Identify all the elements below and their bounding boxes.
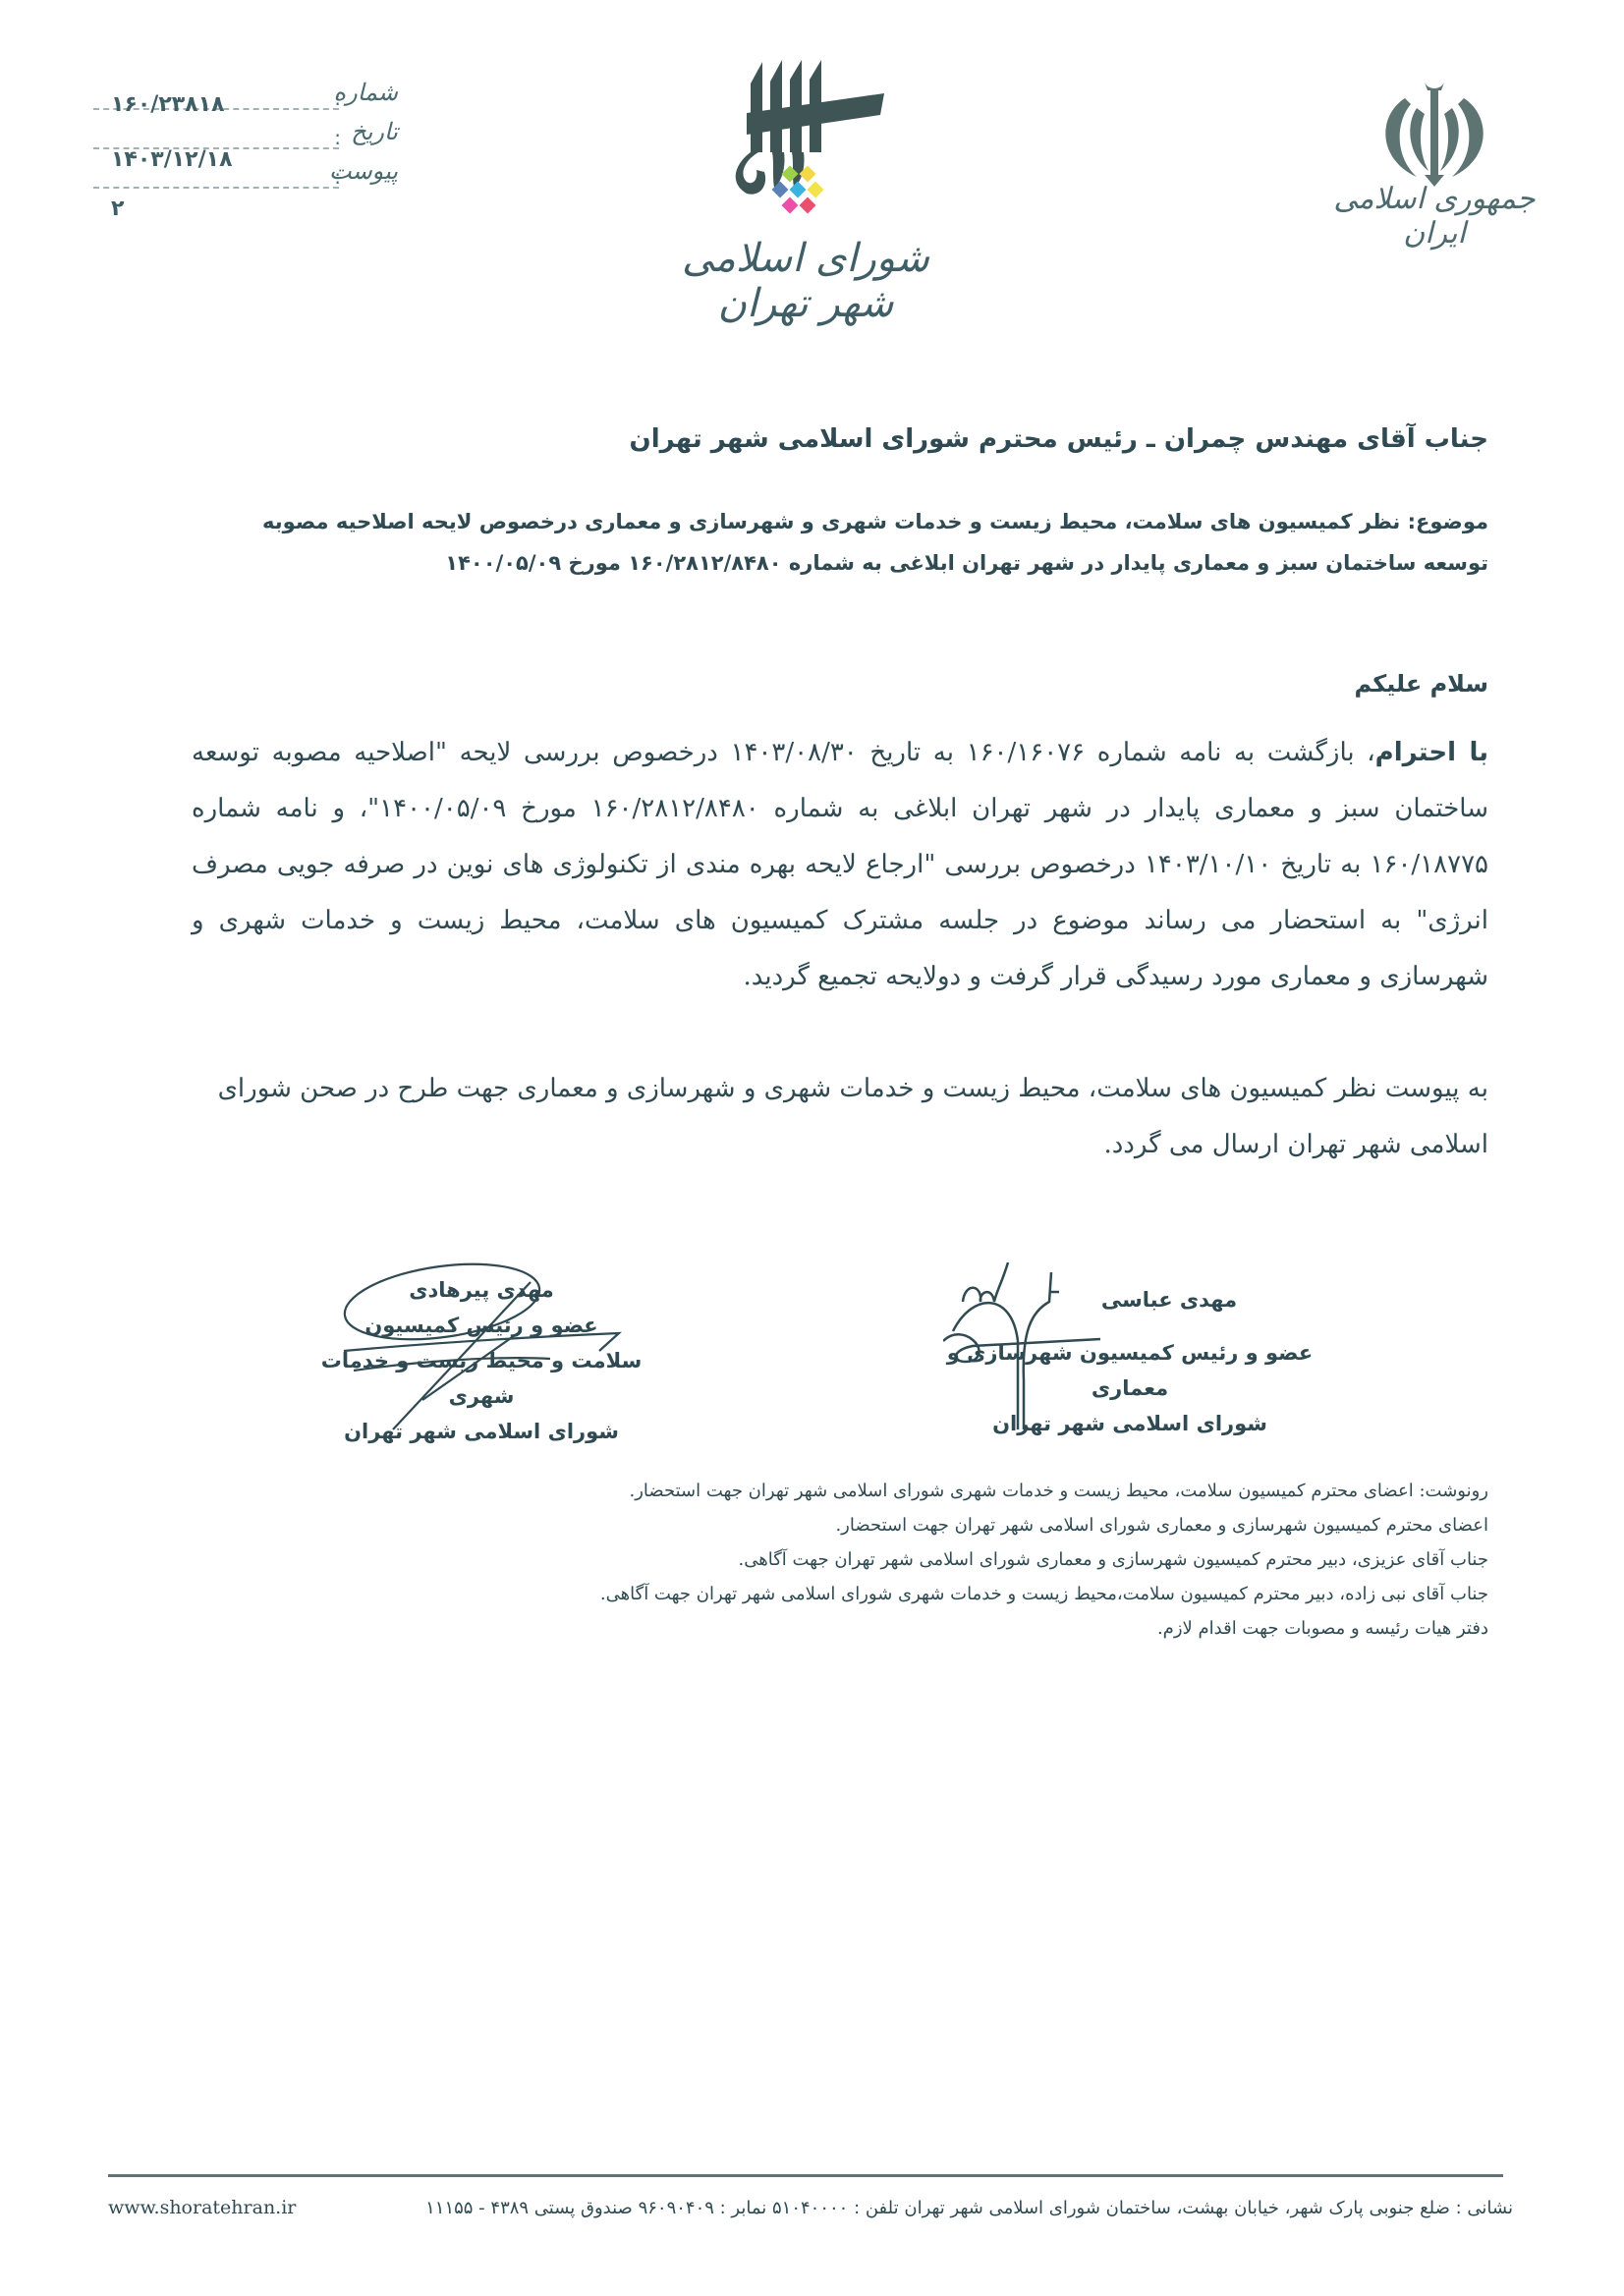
cc-item: جناب آقای عزیزی، دبیر محترم کمیسیون شهرس… bbox=[427, 1542, 1488, 1577]
subject-block: موضوع: نظر کمیسیون های سلامت، محیط زیست … bbox=[221, 501, 1488, 584]
cc-list: رونوشت: اعضای محترم کمیسیون سلامت، محیط … bbox=[427, 1474, 1488, 1646]
body-paragraph: با احترام، بازگشت به نامه شماره ۱۶۰/۱۶۰۷… bbox=[192, 725, 1488, 1005]
emblem-icon bbox=[1326, 69, 1542, 187]
footer-divider bbox=[108, 2174, 1503, 2177]
colon: : bbox=[334, 126, 341, 149]
footer-address: نشانی : ضلع جنوبی پارک شهر، خیابان بهشت،… bbox=[425, 2198, 1513, 2218]
cc-item: رونوشت: اعضای محترم کمیسیون سلامت، محیط … bbox=[427, 1474, 1488, 1508]
iran-emblem: جمهوری اسلامی ایران bbox=[1326, 69, 1542, 236]
council-calligraphy-icon bbox=[648, 54, 963, 241]
letter-number-label: شماره bbox=[334, 79, 398, 106]
tehran-council-logo: شورای اسلامی شهر تهران bbox=[648, 54, 963, 309]
cc-label: رونوشت: bbox=[1419, 1481, 1488, 1501]
cc-item: دفتر هیات رئیسه و مصوبات جهت اقدام لازم. bbox=[427, 1611, 1488, 1646]
letter-date-label: تاریخ bbox=[351, 118, 398, 145]
letter-attachment-value: ۲ bbox=[111, 196, 124, 221]
body-paragraph-text: ، بازگشت به نامه شماره ۱۶۰/۱۶۰۷۶ به تاری… bbox=[192, 738, 1488, 991]
signature-pirhadi: مهدی پیرهادی عضو و رئیس کمیسیون سلامت و … bbox=[285, 1272, 678, 1449]
signer-title: عضو و رئیس کمیسیون شهرسازی و معماری bbox=[914, 1335, 1346, 1406]
signer-title: عضو و رئیس کمیسیون bbox=[285, 1308, 678, 1343]
colon: : bbox=[334, 86, 341, 110]
council-name-text: شورای اسلامی شهر تهران bbox=[648, 236, 963, 326]
signer-name: مهدی پیرهادی bbox=[285, 1272, 678, 1308]
website-link[interactable]: www.shoratehran.ir bbox=[108, 2197, 296, 2218]
signer-committee: سلامت و محیط زیست و خدمات شهری bbox=[285, 1343, 678, 1414]
cc-item: اعضای محترم کمیسیون شهرسازی و معماری شور… bbox=[427, 1508, 1488, 1542]
colon: : bbox=[334, 165, 341, 189]
footer: www.shoratehran.ir نشانی : ضلع جنوبی پار… bbox=[108, 2197, 1513, 2218]
attachment-note: به پیوست نظر کمیسیون های سلامت، محیط زیس… bbox=[192, 1061, 1488, 1173]
signer-org: شورای اسلامی شهر تهران bbox=[914, 1406, 1346, 1441]
recipient-line: جناب آقای مهندس چمران ـ رئیس محترم شورای… bbox=[309, 424, 1488, 454]
letter-number-value: ۱۶۰/۲۳۸۱۸ bbox=[111, 92, 224, 117]
cc-item: جناب آقای نبی زاده، دبیر محترم کمیسیون س… bbox=[427, 1577, 1488, 1611]
letter-number-row: شماره : ۱۶۰/۲۳۸۱۸ bbox=[84, 79, 398, 118]
subject-text: نظر کمیسیون های سلامت، محیط زیست و خدمات… bbox=[262, 510, 1488, 575]
signature-abbasi: مهدی عباسی عضو و رئیس کمیسیون شهرسازی و … bbox=[914, 1282, 1346, 1441]
signer-org: شورای اسلامی شهر تهران bbox=[285, 1414, 678, 1449]
signer-name: مهدی عباسی bbox=[914, 1282, 1346, 1317]
subject-label: موضوع: bbox=[1408, 510, 1488, 533]
dashed-line bbox=[93, 187, 339, 189]
emblem-caption: جمهوری اسلامی ایران bbox=[1326, 182, 1542, 251]
letter-date-row: تاریخ : ۱۴۰۳/۱۲/۱۸ bbox=[84, 118, 398, 157]
letter-attachment-row: پیوست : ۲ bbox=[84, 157, 398, 196]
opening-bold: با احترام bbox=[1375, 738, 1488, 767]
greeting: سلام علیکم bbox=[899, 670, 1488, 698]
